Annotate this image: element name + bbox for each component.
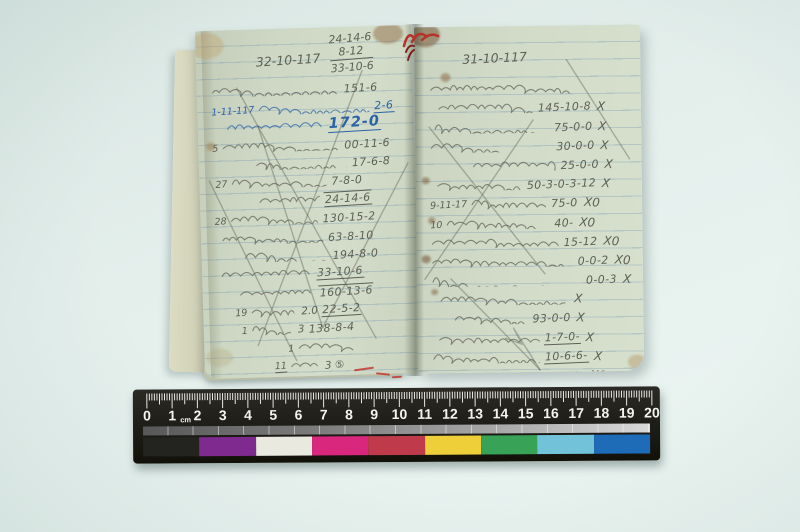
line-amount: 172-0 — [327, 113, 381, 133]
line-amount: 93-0-0 — [531, 311, 572, 326]
ruler-number: 4 — [244, 407, 252, 423]
line-mid-figure: 2.0 — [301, 305, 318, 318]
crossed-check-mark: X — [602, 176, 611, 190]
handwritten-script — [431, 271, 581, 287]
crossed-check-mark: X — [597, 99, 606, 113]
line-prefix: 1 — [241, 326, 248, 337]
left-header-side-figure: 32-10-117 — [255, 50, 321, 69]
line-amount: 50-3-0-3-12 — [526, 176, 598, 192]
handwritten-script — [250, 303, 294, 318]
ruler-number: 8 — [345, 406, 353, 422]
handwritten-script — [432, 349, 540, 364]
line-prefix: 1-11-117 — [211, 105, 255, 119]
line-prefix: 19 — [235, 308, 248, 320]
handwritten-script — [431, 252, 573, 268]
grayscale-strip — [143, 423, 650, 435]
color-patch — [143, 437, 199, 456]
handwritten-script — [258, 191, 320, 207]
line-amount: 1-7-0- — [543, 329, 581, 345]
ruler-number: 10 — [392, 406, 408, 422]
right-page-ledger-lines: 145-10-8X75-0-0X30-0-0X25-0-0X50-3-0-3-1… — [415, 77, 645, 374]
line-mid-figure: 9 — [317, 378, 324, 379]
crossed-check-mark: X0 — [590, 368, 607, 374]
handwritten-script — [438, 330, 540, 345]
handwritten-script — [453, 310, 527, 325]
color-patch — [481, 435, 537, 454]
crossed-check-mark: X0 — [603, 233, 620, 248]
ruler-number: 14 — [493, 405, 509, 421]
ruler-number: 2 — [193, 407, 201, 423]
ruler-number: 19 — [619, 405, 635, 421]
ruler-number: 18 — [594, 405, 610, 421]
red-ink-smudge — [392, 376, 402, 379]
line-amount: 21- — [564, 369, 586, 373]
ruler-number: 1 — [168, 407, 176, 423]
line-amount: 15-12 — [562, 234, 598, 248]
line-amount: 22-5-2 — [321, 301, 362, 317]
ruler-number: 9 — [370, 406, 378, 422]
notebook: 32-10-117 24-14-6 8-12 33-10-6 151-61-11… — [170, 16, 650, 380]
ruler-number: 11 — [417, 406, 432, 422]
left-page: 32-10-117 24-14-6 8-12 33-10-6 151-61-11… — [195, 25, 421, 379]
ruler-number: 0 — [143, 408, 151, 424]
crossed-check-mark: X0 — [614, 252, 631, 267]
crossed-check-mark: X0 — [579, 214, 596, 229]
line-amount: 75-0 — [550, 196, 579, 210]
handwritten-script — [220, 265, 312, 282]
left-header-sum: 24-14-6 8-12 33-10-6 — [328, 30, 374, 75]
handwritten-script — [436, 176, 522, 191]
line-amount: 10-6-6- — [544, 348, 589, 364]
ruler-number: 20 — [644, 404, 660, 420]
line-amount: 33-10-6 — [316, 264, 364, 281]
ruler: 01234567891011121314151617181920 cm — [133, 386, 660, 463]
handwritten-script — [251, 321, 291, 336]
color-patch — [368, 436, 424, 455]
line-amount: 2-6 — [373, 98, 395, 113]
line-amount: 0-0-3 — [585, 272, 618, 286]
handwritten-script — [238, 284, 314, 300]
line-mid-figure: 3 ⑤ — [325, 359, 345, 372]
line-amount: 24-14-6 — [323, 189, 372, 207]
line-prefix: 5 — [212, 143, 219, 154]
handwritten-script — [229, 210, 317, 227]
ruler-number: 6 — [294, 407, 302, 423]
crossed-check-mark: X — [605, 157, 614, 171]
color-patch — [594, 434, 650, 453]
ruler-number: 5 — [269, 407, 277, 423]
line-amount: 63-8-10 — [327, 228, 375, 244]
crossed-check-mark: X — [593, 349, 602, 363]
ruler-number: 17 — [568, 405, 584, 421]
ruler-number: 16 — [543, 405, 559, 421]
crossed-check-mark: X — [623, 272, 632, 286]
color-patch — [312, 436, 368, 455]
line-amount: 30-0-0 — [555, 138, 596, 153]
handwritten-script — [433, 118, 549, 133]
handwritten-script — [470, 195, 546, 210]
line-prefix: 1 — [288, 343, 295, 354]
line-prefix: 10 — [430, 219, 443, 231]
line-prefix: 28 — [214, 216, 227, 228]
line-amount: 40- — [553, 216, 575, 230]
crossed-check-mark: X — [586, 330, 595, 344]
right-page: 31-10-117 145-10-8X75-0-0X30-0-0X25-0-0X… — [414, 25, 644, 374]
sum-total: 33-10-6 — [330, 58, 374, 75]
color-calibration-patches — [143, 434, 650, 456]
line-amount: 130-15-2 — [321, 209, 377, 225]
line-amount: 75-0-0 — [553, 119, 594, 134]
handwritten-script — [243, 246, 327, 262]
handwritten-script — [221, 136, 339, 153]
handwritten-script — [437, 99, 533, 114]
line-mid-figure: 3 — [297, 324, 304, 336]
handwritten-script — [257, 98, 369, 115]
handwritten-script — [439, 291, 565, 307]
line-amount: 17-6-8 — [350, 154, 391, 169]
handwritten-script — [442, 368, 560, 374]
line-amount: 0-0-2 — [576, 253, 609, 267]
ruler-number: 13 — [467, 405, 483, 421]
ruler-unit-label: cm — [180, 415, 191, 424]
handwritten-script — [429, 137, 551, 152]
handwritten-script — [430, 233, 558, 249]
ruler-number: 7 — [320, 406, 328, 422]
left-page-ledger-lines: 151-61-11-1172-6172-0500-11-617-6-8277-8… — [196, 77, 421, 379]
line-prefix: 9-11-17 — [430, 199, 468, 212]
handwritten-script — [210, 80, 338, 98]
line-amount: 160-13-6 — [318, 282, 374, 299]
left-page-header: 32-10-117 24-14-6 8-12 33-10-6 — [195, 29, 412, 83]
binding-thread — [392, 16, 444, 62]
crossed-check-mark: X0 — [583, 195, 600, 210]
color-patch — [256, 437, 312, 456]
handwritten-script — [226, 118, 324, 135]
line-amount: 25-0-0 — [559, 157, 600, 172]
ruler-number: 3 — [219, 407, 227, 423]
crossed-check-mark: X — [574, 291, 583, 305]
line-amount: 138-8-4 — [307, 320, 355, 336]
color-patch — [199, 437, 255, 456]
handwritten-script — [230, 173, 326, 190]
line-prefix: 11 — [275, 361, 288, 374]
handwritten-script — [297, 338, 355, 354]
handwritten-script — [255, 154, 347, 171]
line-amount: 151-6 — [342, 81, 379, 96]
handwritten-script — [445, 214, 549, 229]
line-prefix: 27 — [215, 180, 228, 192]
handwritten-script — [471, 157, 555, 172]
color-patch — [537, 435, 593, 454]
ruler-number: 15 — [518, 405, 534, 421]
handwritten-script — [429, 79, 617, 95]
right-page-header: 31-10-117 — [462, 49, 527, 67]
color-patch — [425, 435, 481, 454]
line-amount: 194-8-0 — [331, 246, 379, 262]
line-amount: 7-8-0 — [330, 173, 364, 188]
photo-stage: 32-10-117 24-14-6 8-12 33-10-6 151-61-11… — [0, 0, 800, 532]
crossed-check-mark: X — [576, 311, 585, 325]
line-amount: 00-11-6 — [343, 135, 391, 151]
handwritten-script — [290, 357, 318, 372]
crossed-check-mark: X — [600, 138, 609, 152]
handwritten-script — [221, 228, 323, 245]
crossed-check-mark: X — [598, 118, 607, 132]
ruler-number: 12 — [442, 406, 458, 422]
line-amount: 145-10-8 — [537, 100, 593, 115]
